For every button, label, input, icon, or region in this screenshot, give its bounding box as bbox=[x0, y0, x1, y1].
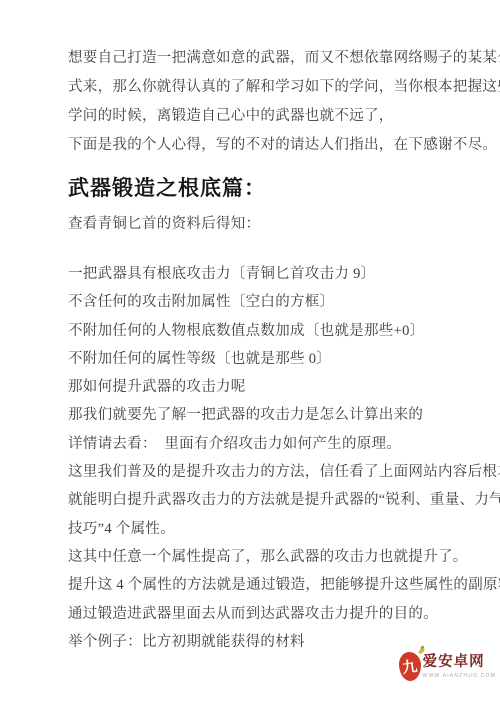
lead-line: 查看青铜匕首的资料后得知： bbox=[68, 210, 458, 239]
text-line: 想要自己打造一把满意如意的武器，而又不想依靠网络赐子的某某公 bbox=[68, 44, 458, 73]
document-page: 想要自己打造一把满意如意的武器，而又不想依靠网络赐子的某某公式来，那么你就得认真… bbox=[0, 0, 500, 656]
text-line: 那我们就要先了解一把武器的攻击力是怎么计算出来的 bbox=[68, 401, 458, 429]
text-line: 下面是我的个人心得，写的不对的请达人们指出，在下感谢不尽。 bbox=[68, 131, 458, 160]
text-line: 不附加任何的人物根底数值点数加成〔也就是那些+0〕 bbox=[68, 317, 458, 345]
text-line: 这里我们普及的是提升攻击力的方法，信任看了上面网站内容后根本 bbox=[68, 458, 458, 486]
text-line: 就能明白提升武器攻击力的方法就是提升武器的“锐利、重量、力气、 bbox=[68, 486, 458, 514]
text-line: 式来，那么你就得认真的了解和学习如下的学问，当你根本把握这些 bbox=[68, 73, 458, 102]
section-heading: 武器锻造之根底篇： bbox=[68, 173, 458, 203]
text-line: 一把武器具有根底攻击力〔青铜匕首攻击力 9〕 bbox=[68, 260, 458, 288]
brand-name: 爱安卓网 bbox=[423, 652, 496, 672]
body-paragraphs: 一把武器具有根底攻击力〔青铜匕首攻击力 9〕不含任何的攻击附加属性〔空白的方框〕… bbox=[68, 260, 458, 656]
seal-character: 九 bbox=[401, 655, 419, 678]
text-line: 详情请去看： 里面有介绍攻击力如何产生的原理。 bbox=[68, 430, 458, 458]
brand-seal-icon: 九 bbox=[399, 652, 421, 681]
site-watermark: 九 爱安卓网 WWW.AIANZHUO.COM bbox=[399, 652, 496, 681]
intro-paragraph: 想要自己打造一把满意如意的武器，而又不想依靠网络赐子的某某公式来，那么你就得认真… bbox=[68, 44, 458, 160]
text-line: 不含任何的攻击附加属性〔空白的方框〕 bbox=[68, 288, 458, 316]
text-line: 不附加任何的属性等级〔也就是那些 0〕 bbox=[68, 345, 458, 373]
text-line: 学问的时候，离锻造自己心中的武器也就不远了， bbox=[68, 102, 458, 131]
text-line: 提升这 4 个属性的方法就是通过锻造，把能够提升这些属性的副原料 bbox=[68, 571, 458, 599]
text-line: 那如何提升武器的攻击力呢 bbox=[68, 373, 458, 401]
text-line: 技巧”4 个属性。 bbox=[68, 515, 458, 543]
text-line: 通过锻造进武器里面去从而到达武器攻击力提升的目的。 bbox=[68, 600, 458, 628]
text-line: 这其中任意一个属性提高了，那么武器的攻击力也就提升了。 bbox=[68, 543, 458, 571]
brand-block: 爱安卓网 WWW.AIANZHUO.COM bbox=[423, 652, 496, 679]
brand-url: WWW.AIANZHUO.COM bbox=[423, 673, 496, 679]
